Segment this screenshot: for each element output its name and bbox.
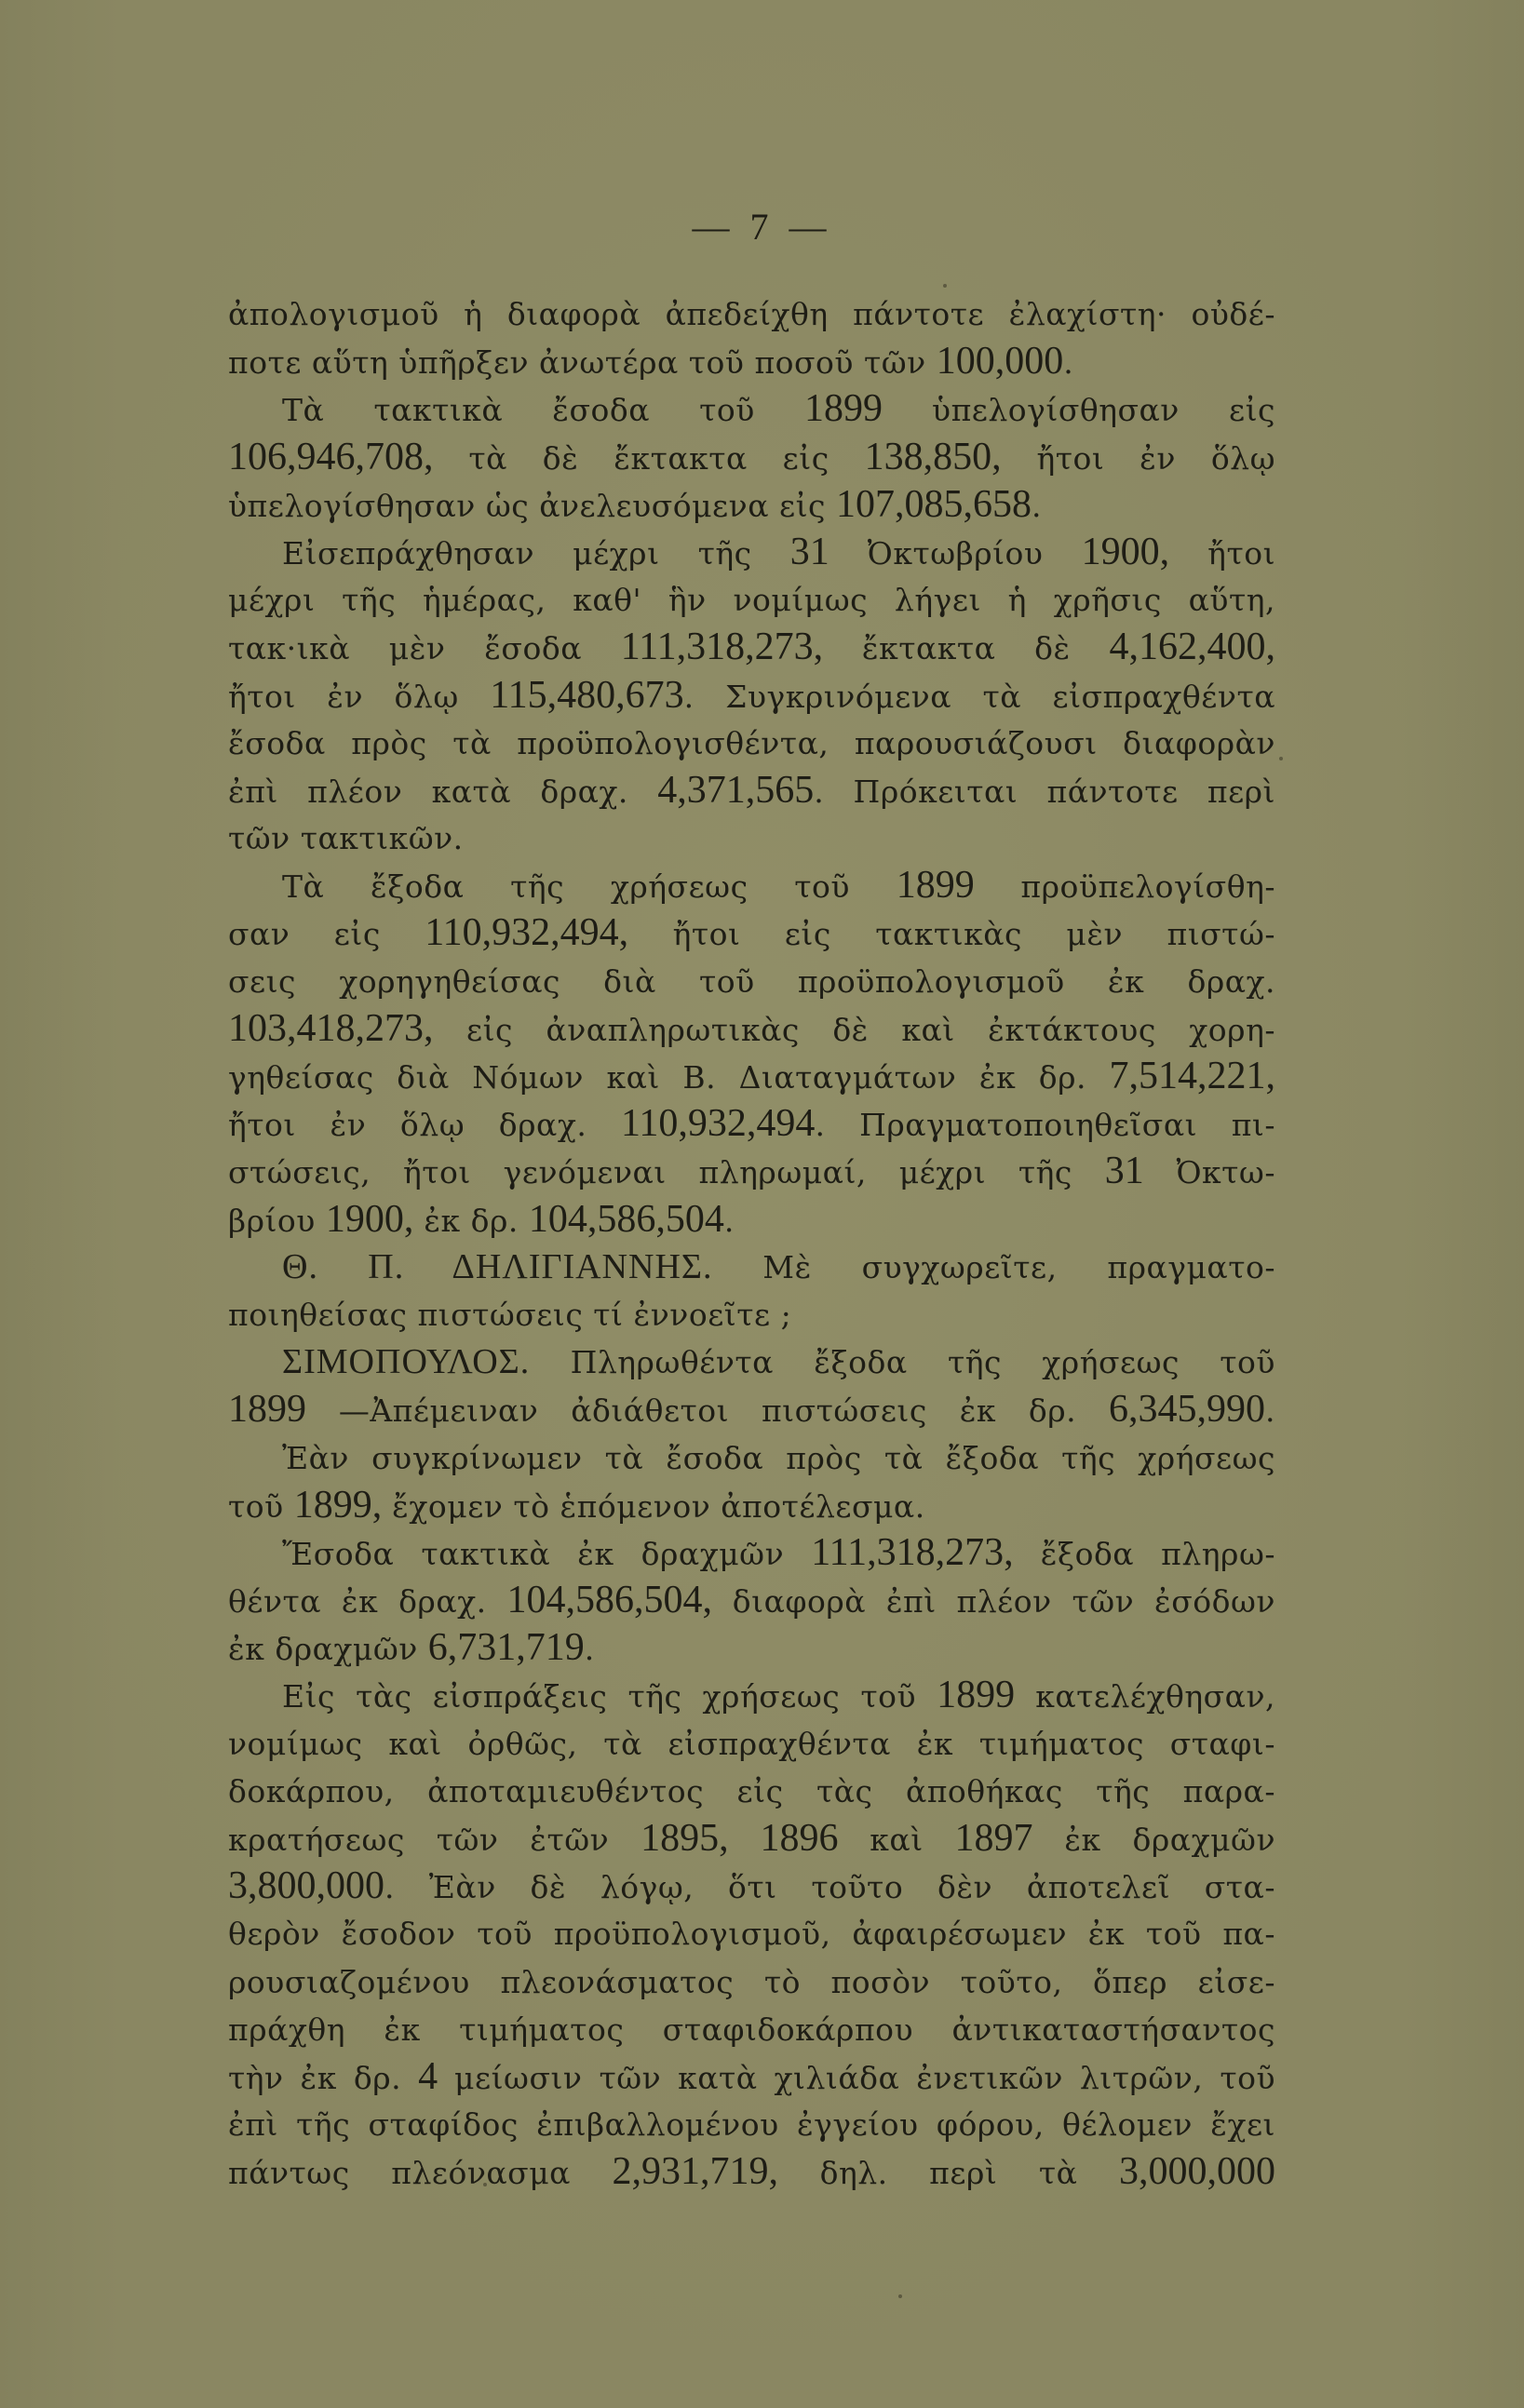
numeric-value: 1899: [228, 1388, 306, 1431]
numeric-value: 1899: [937, 1674, 1015, 1716]
text-line: ποιηθείσας πιστώσεις τί ἐννοεῖτε ;: [228, 1291, 1275, 1339]
text-line: ὑπελογίσθησαν ὡς ἀνελευσόμενα εἰς 107,08…: [228, 481, 1275, 529]
speaker-name: Θ. Π. ΔΗΛΙΓΙΑΝΝΗΣ.: [282, 1247, 713, 1286]
numeric-value: 1899: [897, 864, 975, 907]
numeric-value: 2,931,719,: [613, 2150, 779, 2193]
text-line: ἤτοι ἐν ὅλῳ δραχ. 110,932,494. Πραγματοπ…: [228, 1100, 1275, 1148]
text-line: μέχρι τῆς ἡμέρας, καθ' ἣν νομίμως λήγει …: [228, 576, 1275, 624]
text-line: 103,418,273, εἰς ἀναπληρωτικὰς δὲ καὶ ἐκ…: [228, 1005, 1275, 1053]
text-line: Εἰσεπράχθησαν μέχρι τῆς 31 Ὀκτωβρίου 190…: [228, 529, 1275, 576]
text-line: ἤτοι ἐν ὅλῳ 115,480,673. Συγκρινόμενα τὰ…: [228, 672, 1275, 720]
numeric-value: 107,085,658: [836, 483, 1032, 526]
text-line: ΣΙΜΟΠΟΥΛΟΣ. Πληρωθέντα ἔξοδα τῆς χρήσεως…: [228, 1339, 1275, 1386]
numeric-value: 1896: [760, 1817, 838, 1860]
text-line: θερὸν ἔσοδον τοῦ προϋπολογισμοῦ, ἀφαιρέσ…: [228, 1910, 1275, 1957]
numeric-value: 110,932,494,: [425, 911, 628, 954]
text-line: τὴν ἐκ δρ. 4 μείωσιν τῶν κατὰ χιλιάδα ἐν…: [228, 2053, 1275, 2101]
text-line: ἐπὶ πλέον κατὰ δραχ. 4,371,565. Πρόκειτα…: [228, 767, 1275, 814]
numeric-value: 103,418,273,: [228, 1007, 434, 1050]
text-line: 3,800,000. Ἐὰν δὲ λόγῳ, ὅτι τοῦτο δὲν ἀπ…: [228, 1863, 1275, 1910]
text-line: Εἰς τὰς εἰσπράξεις τῆς χρήσεως τοῦ 1899 …: [228, 1672, 1275, 1719]
text-line: θέντα ἐκ δραχ. 104,586,504, διαφορὰ ἐπὶ …: [228, 1577, 1275, 1624]
numeric-value: 7,514,221,: [1110, 1055, 1276, 1097]
body-text: ἀπολογισμοῦ ἡ διαφορὰ ἀπεδείχθη πάντοτε …: [228, 290, 1275, 2197]
document-page: — 7 — ἀπολογισμοῦ ἡ διαφορὰ ἀπεδείχθη πά…: [0, 0, 1524, 2408]
numeric-value: 100,000: [937, 340, 1064, 383]
numeric-value: 4: [418, 2055, 438, 2098]
numeric-value: 111,318,273,: [621, 626, 823, 668]
text-line: κρατήσεως τῶν ἐτῶν 1895, 1896 καὶ 1897 ἐ…: [228, 1815, 1275, 1863]
numeric-value: 4,162,400,: [1110, 626, 1276, 668]
numeric-value: 1899: [804, 387, 883, 430]
text-line: δοκάρπου, ἀποταμιευθέντος εἰς τὰς ἀποθήκ…: [228, 1768, 1275, 1815]
numeric-value: 3,000,000: [1119, 2150, 1275, 2193]
paper-speck: [898, 2294, 902, 2298]
text-line: σεις χορηγηθείσας διὰ τοῦ προϋπολογισμοῦ…: [228, 958, 1275, 1005]
text-line: ποτε αὕτη ὑπῆρξεν ἀνωτέρα τοῦ ποσοῦ τῶν …: [228, 338, 1275, 385]
numeric-value: 138,850,: [865, 436, 1002, 478]
text-line: τοῦ 1899, ἔχομεν τὸ ἑπόμενον ἀποτέλεσμα.: [228, 1482, 1275, 1529]
text-line: Ἔσοδα τακτικὰ ἐκ δραχμῶν 111,318,273, ἔξ…: [228, 1529, 1275, 1577]
text-line: τακ·ικὰ μὲν ἔσοδα 111,318,273, ἔκτακτα δ…: [228, 624, 1275, 671]
text-line: 106,946,708, τὰ δὲ ἔκτακτα εἰς 138,850, …: [228, 434, 1275, 481]
numeric-value: 6,345,990: [1109, 1388, 1265, 1431]
numeric-value: 104,586,504,: [506, 1579, 712, 1621]
numeric-value: 1900,: [1082, 531, 1170, 573]
numeric-value: 4,371,565: [657, 769, 814, 812]
text-line: Ἐὰν συγκρίνωμεν τὰ ἔσοδα πρὸς τὰ ἔξοδα τ…: [228, 1434, 1275, 1482]
text-line: νομίμως καὶ ὀρθῶς, τὰ εἰσπραχθέντα ἐκ τι…: [228, 1720, 1275, 1768]
numeric-value: 110,932,494: [621, 1102, 815, 1145]
numeric-value: 1900,: [326, 1198, 414, 1241]
text-line: βρίου 1900, ἐκ δρ. 104,586,504.: [228, 1196, 1275, 1244]
text-line: ἐπὶ τῆς σταφίδος ἐπιβαλλομένου ἐγγείου φ…: [228, 2101, 1275, 2148]
speaker-name: ΣΙΜΟΠΟΥΛΟΣ.: [282, 1342, 530, 1381]
text-line: τῶν τακτικῶν.: [228, 814, 1275, 862]
text-line: σαν εἰς 110,932,494, ἤτοι εἰς τακτικὰς μ…: [228, 909, 1275, 957]
text-line: στώσεις, ἤτοι γενόμεναι πληρωμαί, μέχρι …: [228, 1148, 1275, 1195]
numeric-value: 6,731,719: [428, 1626, 585, 1669]
text-line: ἔσοδα πρὸς τὰ προϋπολογισθέντα, παρουσιά…: [228, 720, 1275, 767]
text-line: 1899 —Ἀπέμειναν ἀδιάθετοι πιστώσεις ἐκ δ…: [228, 1386, 1275, 1433]
numeric-value: 1899,: [294, 1484, 383, 1527]
paper-speck: [943, 284, 947, 288]
numeric-value: 31: [790, 531, 829, 573]
text-line: πράχθη ἐκ τιμήματος σταφιδοκάρπου ἀντικα…: [228, 2006, 1275, 2053]
numeric-value: 106,946,708,: [228, 436, 434, 478]
text-line: ρουσιαζομένου πλεονάσματος τὸ ποσὸν τοῦτ…: [228, 1958, 1275, 2006]
numeric-value: 1895,: [641, 1817, 729, 1860]
numeric-value: 1897: [955, 1817, 1033, 1860]
numeric-value: 104,586,504: [529, 1198, 724, 1241]
text-line: Τὰ ἔξοδα τῆς χρήσεως τοῦ 1899 προϋπελογί…: [228, 862, 1275, 909]
paper-speck: [483, 2183, 487, 2186]
numeric-value: 3,800,000: [228, 1864, 384, 1907]
numeric-value: 111,318,273,: [811, 1531, 1013, 1574]
numeric-value: 31: [1105, 1150, 1144, 1192]
text-line: Θ. Π. ΔΗΛΙΓΙΑΝΝΗΣ. Μὲ συγχωρεῖτε, πραγμα…: [228, 1244, 1275, 1291]
text-line: Τὰ τακτικὰ ἔσοδα τοῦ 1899 ὑπελογίσθησαν …: [228, 385, 1275, 433]
page-number: — 7 —: [0, 205, 1524, 249]
text-line: γηθείσας διὰ Νόμων καὶ Β. Διαταγμάτων ἐκ…: [228, 1053, 1275, 1100]
text-line: ἀπολογισμοῦ ἡ διαφορὰ ἀπεδείχθη πάντοτε …: [228, 290, 1275, 338]
text-line: ἐκ δραχμῶν 6,731,719.: [228, 1624, 1275, 1672]
numeric-value: 115,480,673: [490, 674, 683, 717]
paper-speck: [1279, 757, 1283, 760]
text-line: πάντως πλεόνασμα 2,931,719, δηλ. περὶ τὰ…: [228, 2148, 1275, 2196]
